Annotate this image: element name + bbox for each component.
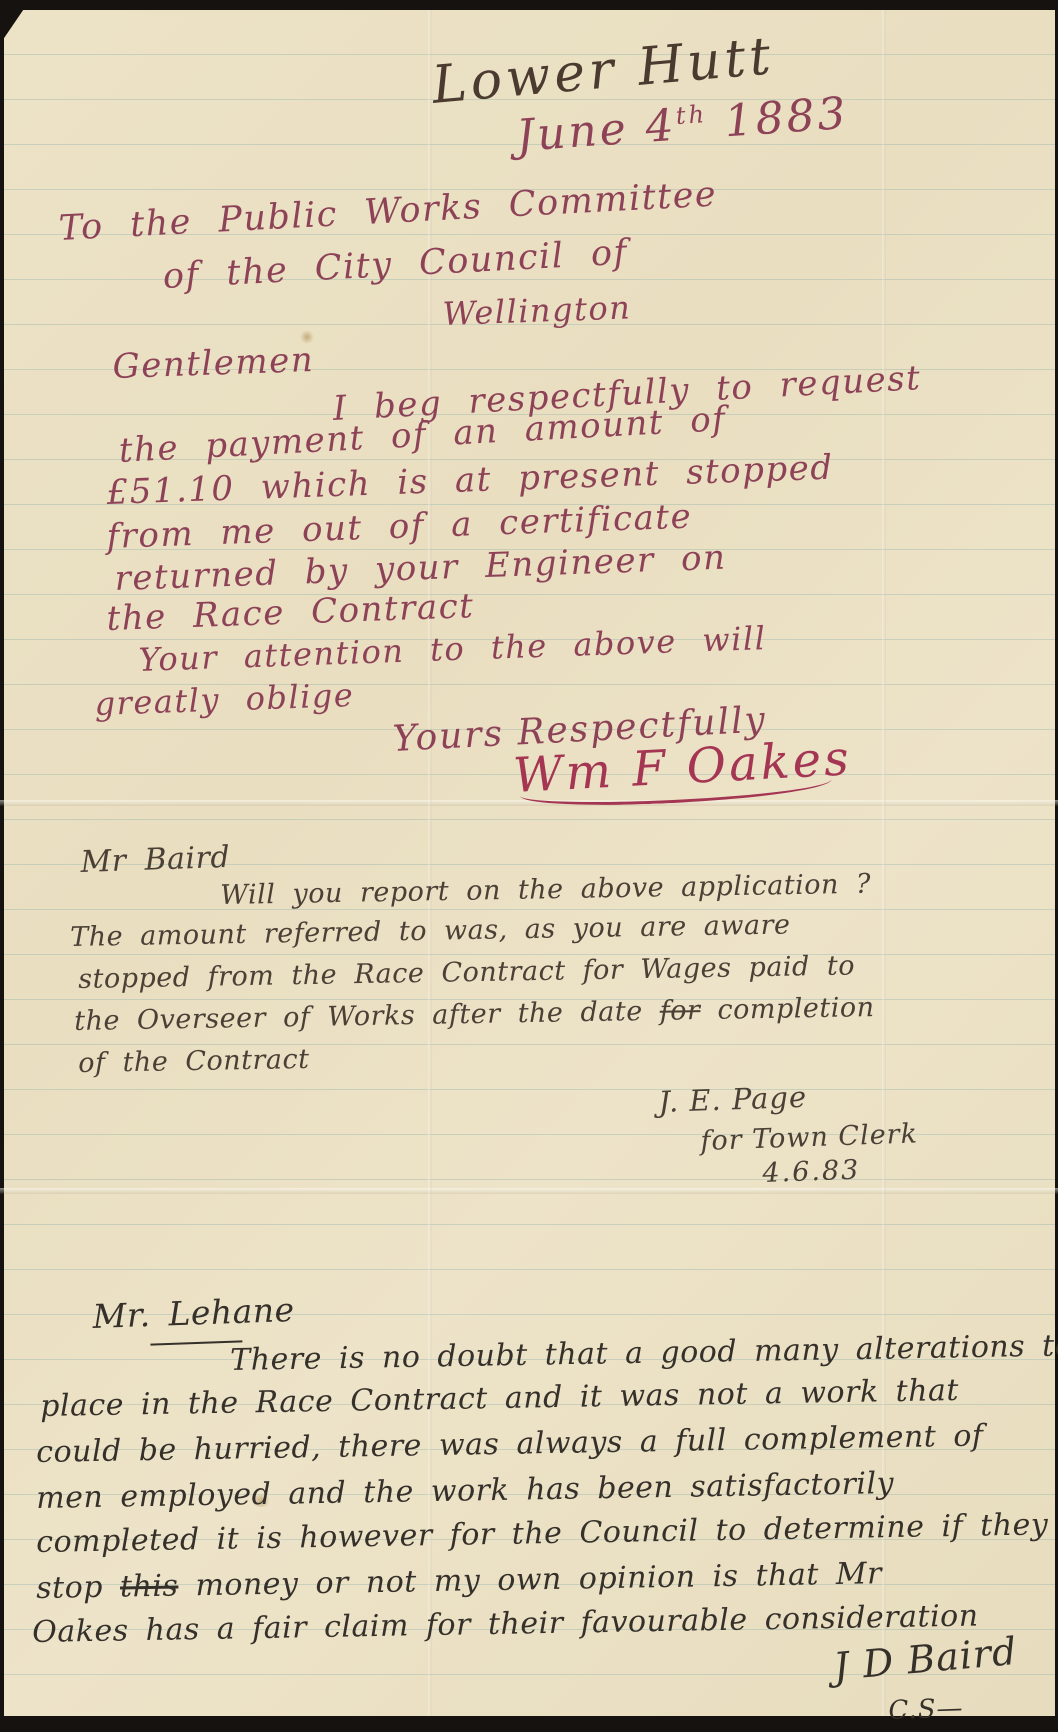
minute2-struck-word: this <box>120 1569 179 1605</box>
salutation: Gentlemen <box>112 343 315 384</box>
minute1-line: of the Contract <box>78 1046 310 1077</box>
minute1-struck-word: for <box>659 995 700 1027</box>
minute1-signature-role: for Town Clerk <box>700 1120 918 1155</box>
address-line: Wellington <box>442 291 632 330</box>
heading-date-year: 1883 <box>723 88 850 148</box>
minute1-signature: J. E. Page <box>658 1083 808 1117</box>
fold-crease-bottom <box>0 1188 1058 1194</box>
scanned-letter-page: Lower Hutt June 4th 1883 To the Public W… <box>0 0 1058 1732</box>
fold-crease-vertical-right <box>882 10 886 1716</box>
addressee-underline <box>150 1316 243 1345</box>
paper-corner-fold <box>0 0 30 44</box>
minute1-date: 4.6.83 <box>762 1157 861 1187</box>
minute1-addressee: Mr Baird <box>80 843 231 878</box>
minute2-signature-role: C.S— <box>888 1695 964 1724</box>
closing-line: greatly oblige <box>94 679 355 720</box>
minute1-line-post: completion <box>700 992 875 1026</box>
minute2-line-pre: stop <box>36 1570 120 1606</box>
heading-date-suffix: th <box>675 100 708 130</box>
